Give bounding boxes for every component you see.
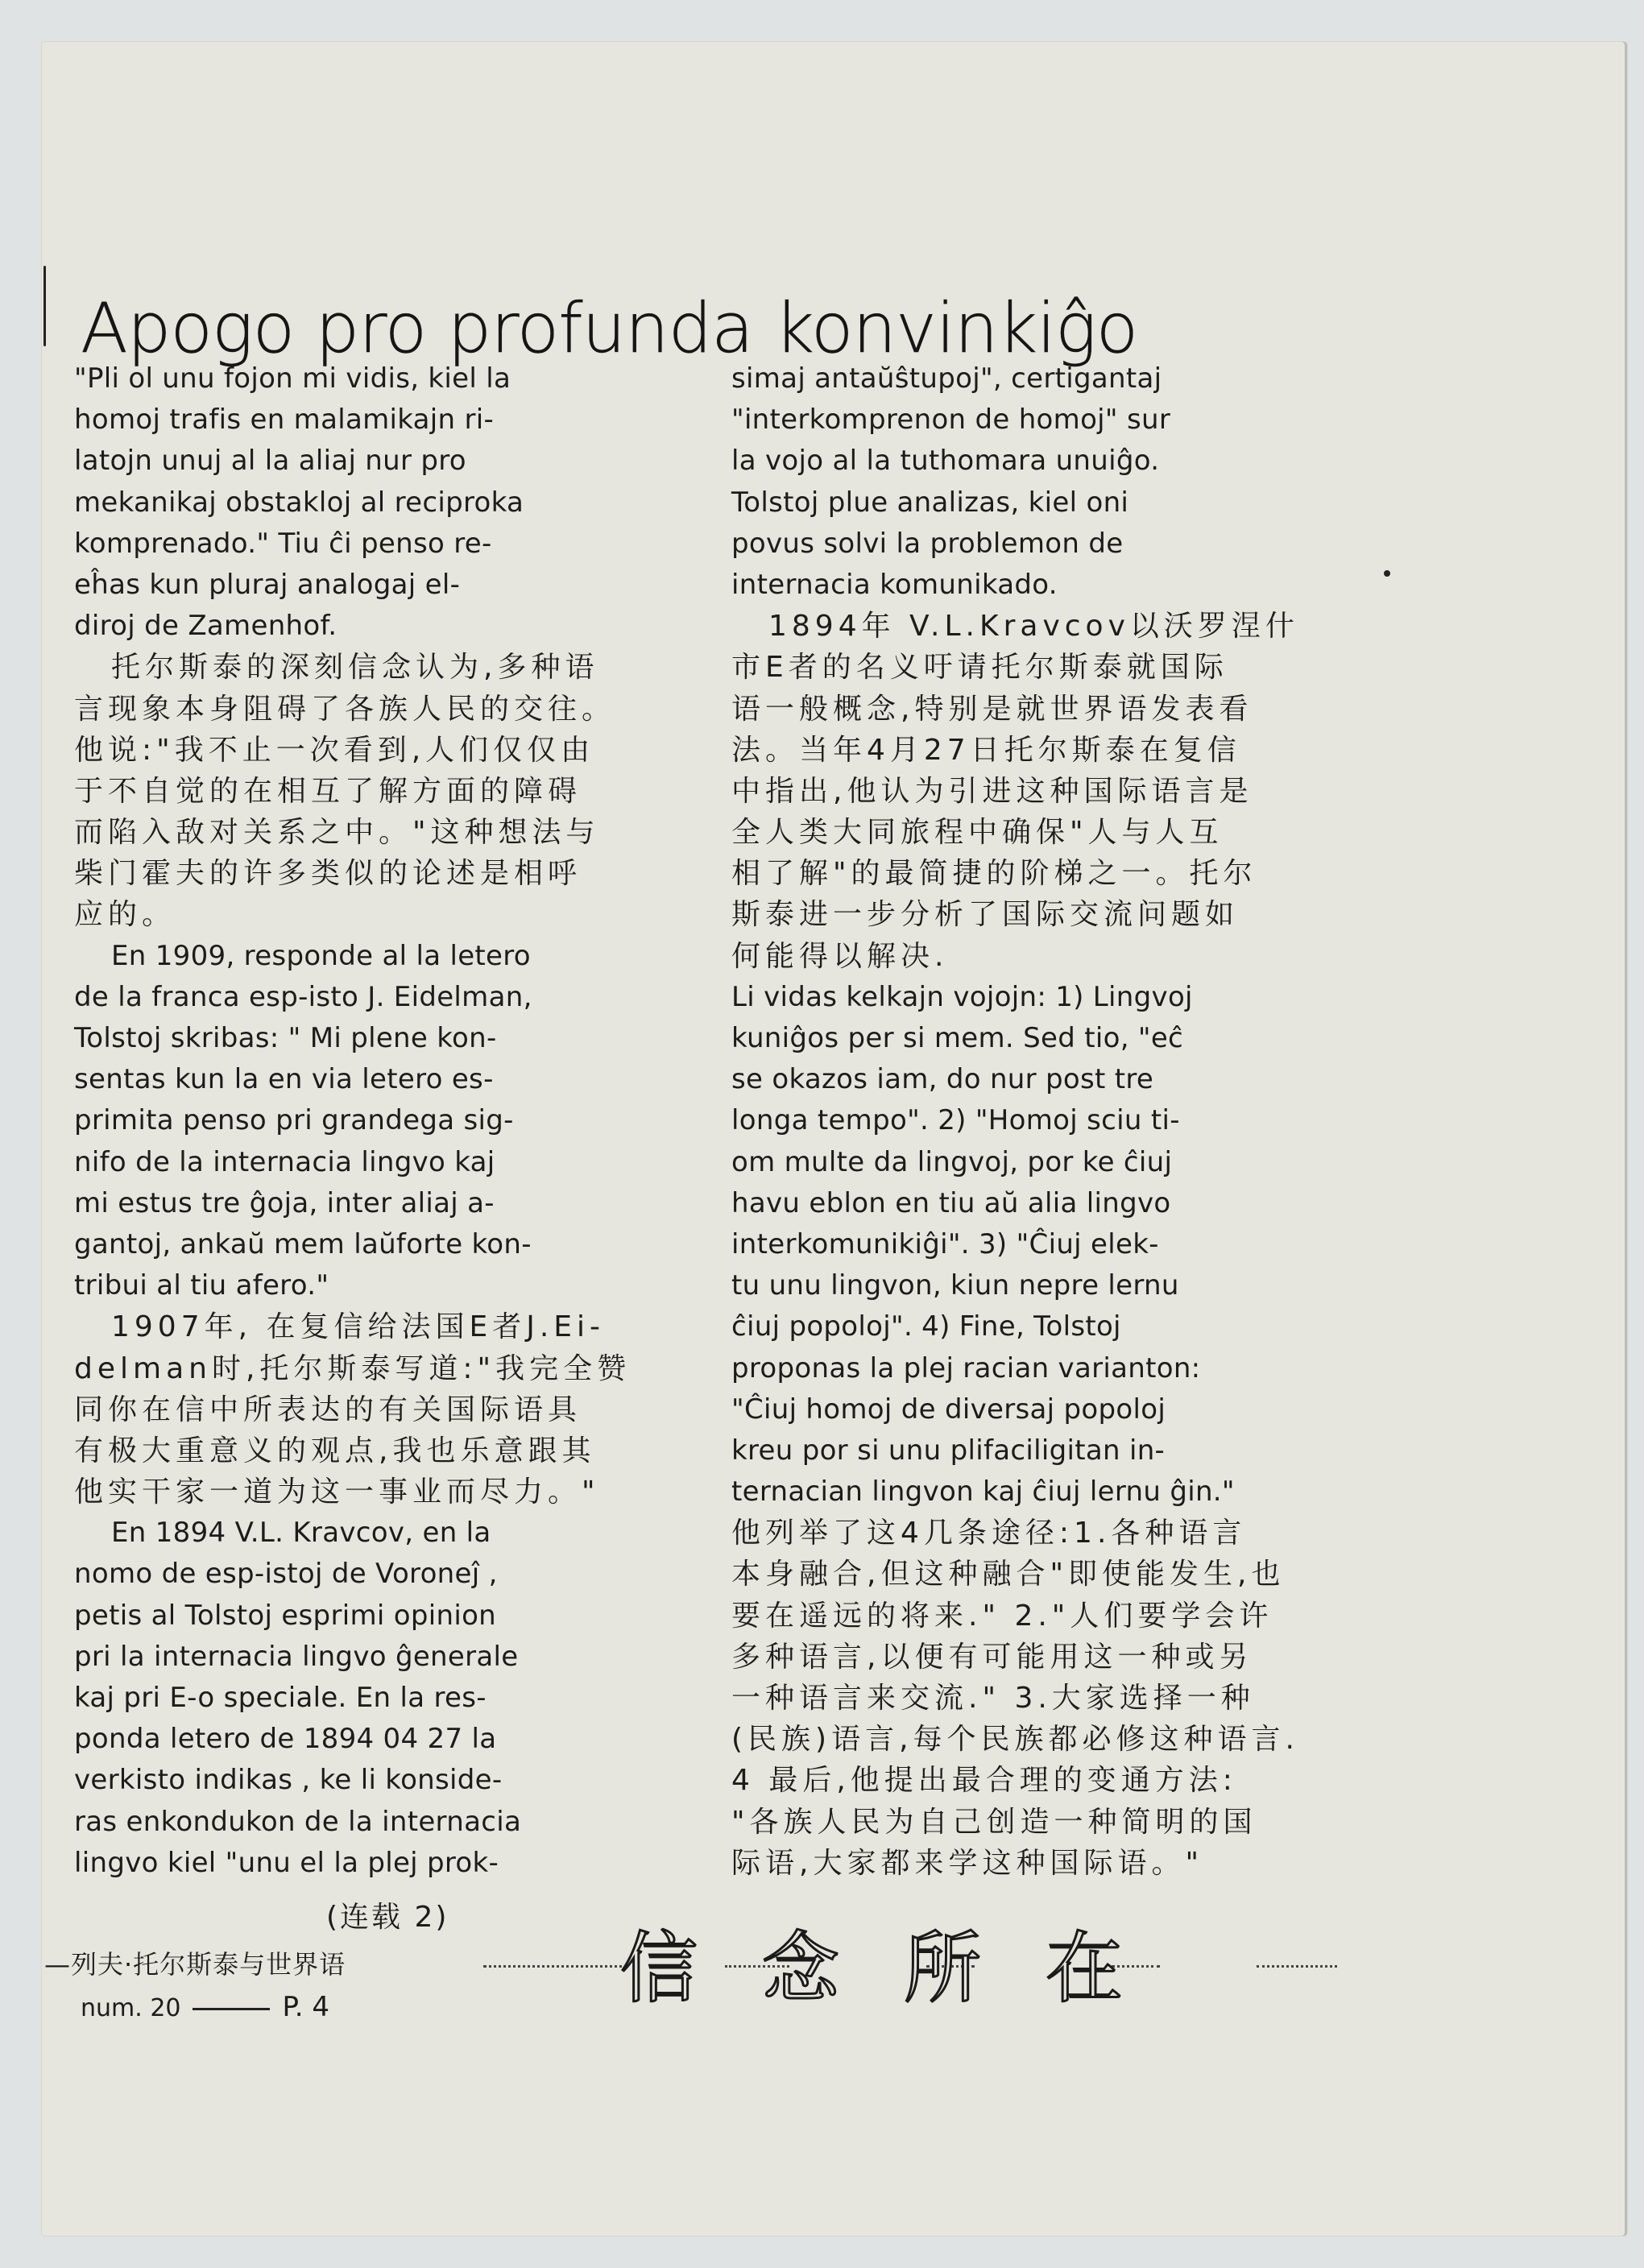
dotted-rule <box>483 1965 628 1968</box>
text-line: 斯泰进一步分析了国际交流问题如 <box>731 894 1360 935</box>
text-line: 他说:"我不止一次看到,人们仅仅由 <box>74 730 702 771</box>
text-line: 法。当年4月27日托尔斯泰在复信 <box>731 730 1360 771</box>
text-line: ras enkondukon de la internacia <box>74 1802 702 1843</box>
text-line: sentas kun la en via letero es- <box>74 1059 702 1100</box>
text-line: "Pli ol unu fojon mi vidis, kiel la <box>74 358 702 399</box>
text-line: 中指出,他认为引进这种国际语言是 <box>731 771 1360 812</box>
text-line: 市E者的名义吁请托尔斯泰就国际 <box>731 647 1360 688</box>
ink-dot <box>1384 570 1390 577</box>
text-line: 同你在信中所表达的有关国际语具 <box>74 1389 702 1430</box>
text-line: eĥas kun pluraj analogaj el- <box>74 565 702 606</box>
text-line: 语一般概念,特别是就世界语发表看 <box>731 689 1360 730</box>
text-line: se okazos iam, do nur post tre <box>731 1059 1360 1100</box>
text-line: ĉiuj popoloj". 4) Fine, Tolstoj <box>731 1306 1360 1347</box>
text-line: ternacian lingvon kaj ĉiuj lernu ĝin." <box>731 1471 1360 1513</box>
text-line: "Ĉiuj homoj de diversaj popoloj <box>731 1389 1360 1430</box>
text-line: tu unu lingvon, kiun nepre lernu <box>731 1265 1360 1306</box>
text-line: ponda letero de 1894 04 27 la <box>74 1719 702 1760</box>
text-line: la vojo al la tuthomara unuiĝo. <box>731 441 1360 482</box>
text-line: 一种语言来交流." 3.大家选择一种 <box>731 1678 1360 1719</box>
text-line: proponas la plej racian varianton: <box>731 1348 1360 1389</box>
text-line: de la franca esp-isto J. Eidelman, <box>74 977 702 1018</box>
dotted-rule <box>1257 1965 1337 1968</box>
text-line: interkomunikiĝi". 3) "Ĉiuj elek- <box>731 1224 1360 1265</box>
text-line: longa tempo". 2) "Homoj sciu ti- <box>731 1100 1360 1141</box>
dash-rule <box>193 2008 270 2010</box>
text-line: diroj de Zamenhof. <box>74 606 702 647</box>
text-line: En 1894 V.L. Kravcov, en la <box>74 1513 702 1554</box>
text-line: kuniĝos per si mem. Sed tio, "eĉ <box>731 1018 1360 1059</box>
text-line: "各族人民为自己创造一种简明的国 <box>731 1802 1360 1843</box>
text-line: 托尔斯泰的深刻信念认为,多种语 <box>74 647 702 688</box>
text-line: 有极大重意义的观点,我也乐意跟其 <box>74 1430 702 1471</box>
text-line: En 1909, responde al la letero <box>74 936 702 977</box>
text-line: nifo de la internacia lingvo kaj <box>74 1142 702 1183</box>
text-line: mi estus tre ĝoja, inter aliaj a- <box>74 1183 702 1224</box>
text-line: 本身融合,但这种融合"即使能发生,也 <box>731 1554 1360 1595</box>
text-line: 全人类大同旅程中确保"人与人互 <box>731 812 1360 853</box>
text-line: 要在遥远的将来." 2."人们要学会许 <box>731 1595 1360 1637</box>
text-line: 于不自觉的在相互了解方面的障碍 <box>74 771 702 812</box>
text-line: Tolstoj plue analizas, kiel oni <box>731 482 1360 524</box>
text-line: Li vidas kelkajn vojojn: 1) Lingvoj <box>731 977 1360 1018</box>
text-line: tribui al tiu afero." <box>74 1265 702 1306</box>
text-line: internacia komunikado. <box>731 565 1360 606</box>
issue-info: num. 20P. 4 <box>81 1991 329 2023</box>
continuation-label: (连载 2) <box>326 1894 449 1935</box>
text-line: povus solvi la problemon de <box>731 524 1360 565</box>
text-line: om multe da lingvoj, por ke ĉiuj <box>731 1142 1360 1183</box>
text-line: 多种语言,以便有可能用这一种或另 <box>731 1637 1360 1678</box>
text-line: havu eblon en tiu aŭ alia lingvo <box>731 1183 1360 1224</box>
text-line: 言现象本身阻碍了各族人民的交往。 <box>74 689 702 730</box>
text-line: kreu por si unu plifaciligitan in- <box>731 1430 1360 1471</box>
text-line: 1907年, 在复信给法国E者J.Ei- <box>74 1306 702 1347</box>
text-line: kaj pri E-o speciale. En la res- <box>74 1678 702 1719</box>
text-line: latojn unuj al la aliaj nur pro <box>74 441 702 482</box>
text-line: 1894年 V.L.Kravcov以沃罗涅什 <box>731 606 1360 647</box>
text-line: (民族)语言,每个民族都必修这种语言. <box>731 1719 1360 1760</box>
margin-mark <box>43 266 46 346</box>
text-line: delman时,托尔斯泰写道:"我完全赞 <box>74 1348 702 1389</box>
text-line: 应的。 <box>74 894 702 935</box>
issue-number: num. 20 <box>81 1994 181 2022</box>
text-line: 他实干家一道为这一事业而尽力。" <box>74 1471 702 1513</box>
left-column: "Pli ol unu fojon mi vidis, kiel lahomoj… <box>74 358 702 1884</box>
text-line: 相了解"的最简捷的阶梯之一。托尔 <box>731 853 1360 894</box>
series-title: —列夫·托尔斯泰与世界语 <box>44 1944 346 1981</box>
text-line: 而陷入敌对关系之中。"这种想法与 <box>74 812 702 853</box>
text-line: primita penso pri grandega sig- <box>74 1100 702 1141</box>
publication-name: 信念所在 <box>620 1907 1187 2018</box>
text-line: 际语,大家都来学这种国际语。" <box>731 1843 1360 1884</box>
article-title: Apogo pro profunda konvinkiĝo <box>81 288 1137 369</box>
text-line: 他列举了这4几条途径:1.各种语言 <box>731 1513 1360 1554</box>
text-line: 何能得以解决. <box>731 936 1360 977</box>
text-line: petis al Tolstoj esprimi opinion <box>74 1595 702 1637</box>
text-line: mekanikaj obstakloj al reciproka <box>74 482 702 524</box>
text-line: homoj trafis en malamikajn ri- <box>74 399 702 441</box>
text-line: Tolstoj skribas: " Mi plene kon- <box>74 1018 702 1059</box>
text-line: "interkomprenon de homoj" sur <box>731 399 1360 441</box>
text-line: 柴门霍夫的许多类似的论述是相呼 <box>74 853 702 894</box>
text-line: simaj antaŭŝtupoj", certigantaj <box>731 358 1360 399</box>
text-line: lingvo kiel "unu el la plej prok- <box>74 1843 702 1884</box>
series-title-text: —列夫·托尔斯泰与世界语 <box>44 1949 346 1980</box>
text-line: pri la internacia lingvo ĝenerale <box>74 1637 702 1678</box>
text-line: 4 最后,他提出最合理的变通方法: <box>731 1760 1360 1801</box>
right-column: simaj antaŭŝtupoj", certigantaj"interkom… <box>731 358 1360 1884</box>
page-number: P. 4 <box>283 1991 329 2023</box>
text-line: gantoj, ankaŭ mem laŭforte kon- <box>74 1224 702 1265</box>
text-line: nomo de esp-istoj de Voroneĵ , <box>74 1554 702 1595</box>
text-line: komprenado." Tiu ĉi penso re- <box>74 524 702 565</box>
text-line: verkisto indikas , ke li konside- <box>74 1760 702 1801</box>
